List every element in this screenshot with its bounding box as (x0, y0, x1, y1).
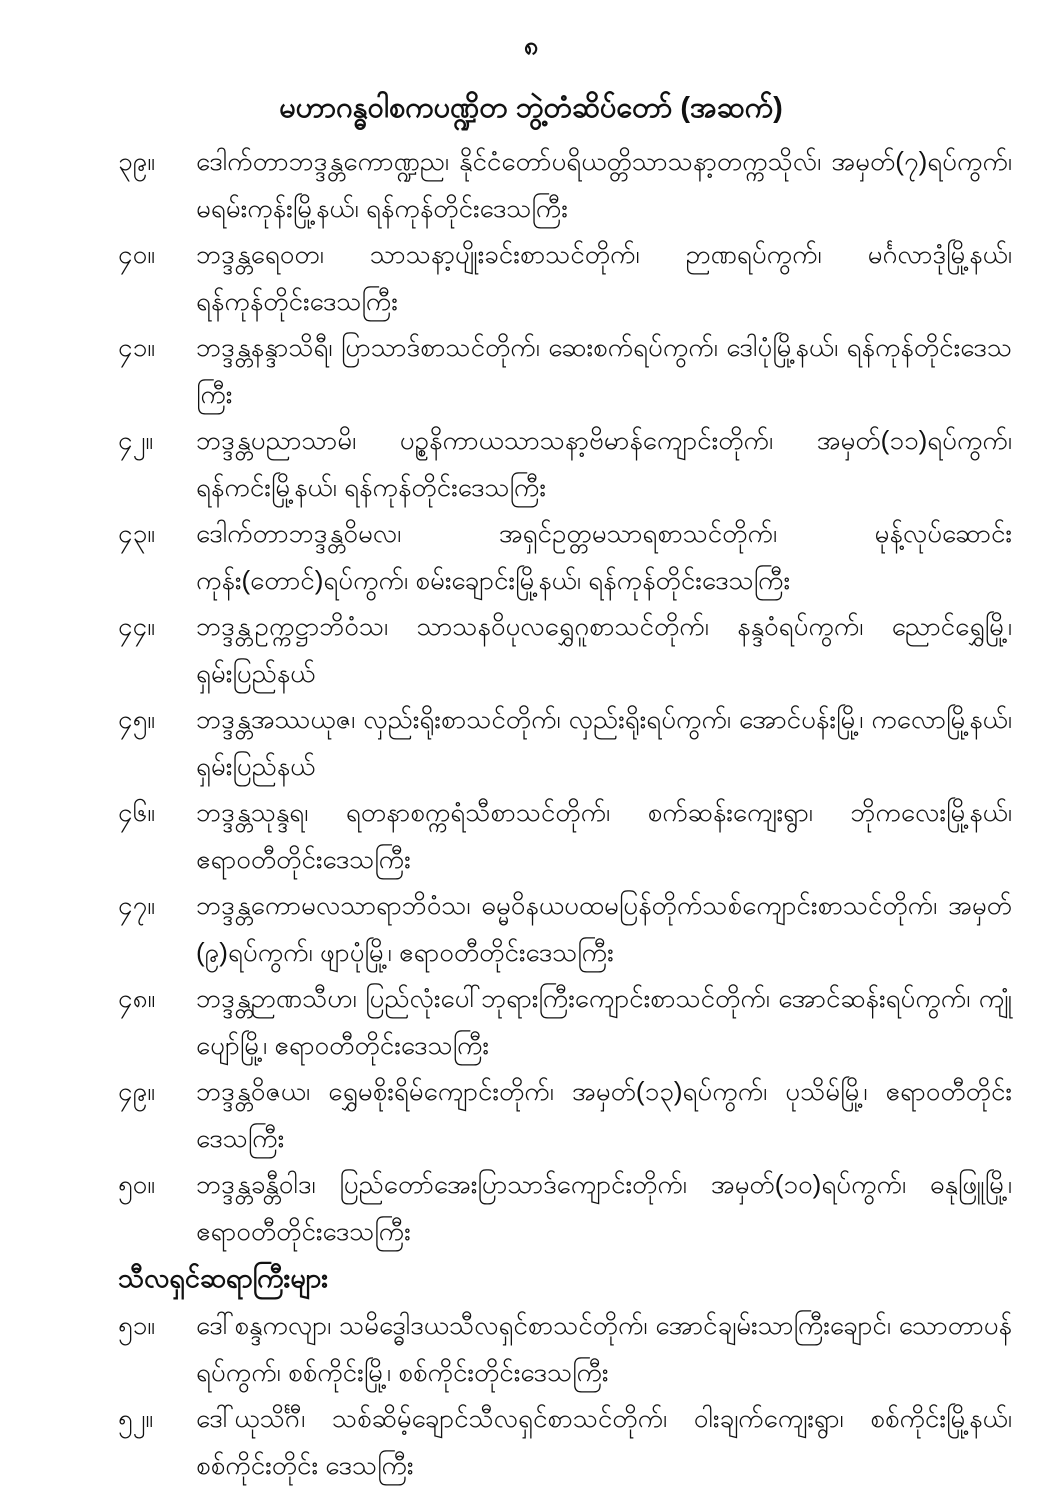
list-item: ၄၆။ ဘဒ္ဒန္တသုန္ဒရ၊ ရတနာစက္ကရံသီစာသင်တိုက… (118, 789, 1012, 882)
list-item: ၄၂။ ဘဒ္ဒန္တပညာသာမိ၊ ပဉ္စနိကာယသာသနာ့ဗိမာန… (118, 417, 1012, 510)
item-number: ၄၂။ (118, 417, 196, 464)
nun-list: ၅၁။ ဒေါ်စန္ဒကလျာ၊ သမိဒ္ဓေါဒယသီလရှင်စာသင်… (0, 1302, 1062, 1488)
item-number: ၄၆။ (118, 789, 196, 836)
list-item: ၄၅။ ဘဒ္ဒန္တအဿယုဇ၊ လှည်းရိုးစာသင်တိုက်၊ လ… (118, 696, 1012, 789)
list-item: ၄၈။ ဘဒ္ဒန္တဉာဏသီဟ၊ ပြည်လုံးပေါ်ဘုရားကြီး… (118, 975, 1012, 1068)
item-text: ဘဒ္ဒန္တဉာဏသီဟ၊ ပြည်လုံးပေါ်ဘုရားကြီးကျော… (196, 975, 1012, 1068)
item-number: ၃၉။ (118, 138, 196, 185)
ganthavacaka-list: ၃၉။ ဒေါက်တာဘဒ္ဒန္တကောဏ္ဍည၊ နိုင်ငံတော်ပရ… (0, 138, 1062, 1254)
item-number: ၅၂။ (118, 1395, 196, 1442)
item-text: ဘဒ္ဒန္တခန္တီဝါဒ၊ ပြည်တော်အေးပြာသာဒ်ကျောင… (196, 1161, 1012, 1254)
page-number: ၈ (0, 30, 1062, 62)
item-number: ၄၇။ (118, 882, 196, 929)
nun-section-heading: သီလရှင်ဆရာကြီးများ (0, 1254, 1062, 1302)
list-item: ၄၉။ ဘဒ္ဒန္တဝိဇယ၊ ရွှေမစိုးရိမ်ကျောင်းတို… (118, 1068, 1012, 1161)
list-item: ၄၄။ ဘဒ္ဒန္တဥက္ကဋ္ဌာဘိဝံသ၊ သာသနဝိပုလရွှေဂ… (118, 603, 1012, 696)
item-number: ၄၀။ (118, 231, 196, 278)
item-text: ဘဒ္ဒန္တရေဝတ၊ သာသနာ့ပျိုးခင်းစာသင်တိုက်၊ … (196, 231, 1012, 324)
page-title: မဟာဂန္ဓဝါစကပဏ္ဍိတ ဘွဲ့တံဆိပ်တော် (အဆက်) (0, 88, 1062, 128)
item-text: ဘဒ္ဒန္တပညာသာမိ၊ ပဉ္စနိကာယသာသနာ့ဗိမာန်ကျေ… (196, 417, 1012, 510)
list-item: ၅၁။ ဒေါ်စန္ဒကလျာ၊ သမိဒ္ဓေါဒယသီလရှင်စာသင်… (118, 1302, 1012, 1395)
list-item: ၄၀။ ဘဒ္ဒန္တရေဝတ၊ သာသနာ့ပျိုးခင်းစာသင်တို… (118, 231, 1012, 324)
item-text: ဒေါ်စန္ဒကလျာ၊ သမိဒ္ဓေါဒယသီလရှင်စာသင်တိုက… (196, 1302, 1012, 1395)
item-number: ၅၀။ (118, 1161, 196, 1208)
list-item: ၄၇။ ဘဒ္ဒန္တကောမလသာရာဘိဝံသ၊ ဓမ္မဝိနယပထမပြ… (118, 882, 1012, 975)
list-item: ၅၀။ ဘဒ္ဒန္တခန္တီဝါဒ၊ ပြည်တော်အေးပြာသာဒ်က… (118, 1161, 1012, 1254)
item-number: ၄၃။ (118, 510, 196, 557)
item-number: ၄၈။ (118, 975, 196, 1022)
list-item: ၄၃။ ဒေါက်တာဘဒ္ဒန္တဝိမလ၊ အရှင်ဥတ္တမသာရစာသ… (118, 510, 1012, 603)
document-page: ၈ မဟာဂန္ဓဝါစကပဏ္ဍိတ ဘွဲ့တံဆိပ်တော် (အဆက်… (0, 0, 1062, 1500)
item-text: ဘဒ္ဒန္တကောမလသာရာဘိဝံသ၊ ဓမ္မဝိနယပထမပြန်တိ… (196, 882, 1012, 975)
item-number: ၄၉။ (118, 1068, 196, 1115)
item-text: ဘဒ္ဒန္တသုန္ဒရ၊ ရတနာစက္ကရံသီစာသင်တိုက်၊ စ… (196, 789, 1012, 882)
list-item: ၃၉။ ဒေါက်တာဘဒ္ဒန္တကောဏ္ဍည၊ နိုင်ငံတော်ပရ… (118, 138, 1012, 231)
item-number: ၄၄။ (118, 603, 196, 650)
item-text: ဘဒ္ဒန္တအဿယုဇ၊ လှည်းရိုးစာသင်တိုက်၊ လှည်း… (196, 696, 1012, 789)
item-text: ဘဒ္ဒန္တဥက္ကဋ္ဌာဘိဝံသ၊ သာသနဝိပုလရွှေဂူစာသ… (196, 603, 1012, 696)
item-text: ဘဒ္ဒန္တဝိဇယ၊ ရွှေမစိုးရိမ်ကျောင်းတိုက်၊ … (196, 1068, 1012, 1161)
list-item: ၄၁။ ဘဒ္ဒန္တနန္ဒာသိရီ၊ ပြာသာဒ်စာသင်တိုက်၊… (118, 324, 1012, 417)
item-text: ဘဒ္ဒန္တနန္ဒာသိရီ၊ ပြာသာဒ်စာသင်တိုက်၊ ဆေး… (196, 324, 1012, 417)
item-number: ၅၁။ (118, 1302, 196, 1349)
item-number: ၄၁။ (118, 324, 196, 371)
item-text: ဒေါက်တာဘဒ္ဒန္တကောဏ္ဍည၊ နိုင်ငံတော်ပရိယတ္… (196, 138, 1012, 231)
item-text: ဒေါ်ယုသိင်္ဂီ၊ သစ်ဆိမ့်ချောင်သီလရှင်စာသင… (196, 1395, 1012, 1488)
item-number: ၄၅။ (118, 696, 196, 743)
list-item: ၅၂။ ဒေါ်ယုသိင်္ဂီ၊ သစ်ဆိမ့်ချောင်သီလရှင်… (118, 1395, 1012, 1488)
item-text: ဒေါက်တာဘဒ္ဒန္တဝိမလ၊ အရှင်ဥတ္တမသာရစာသင်တိ… (196, 510, 1012, 603)
